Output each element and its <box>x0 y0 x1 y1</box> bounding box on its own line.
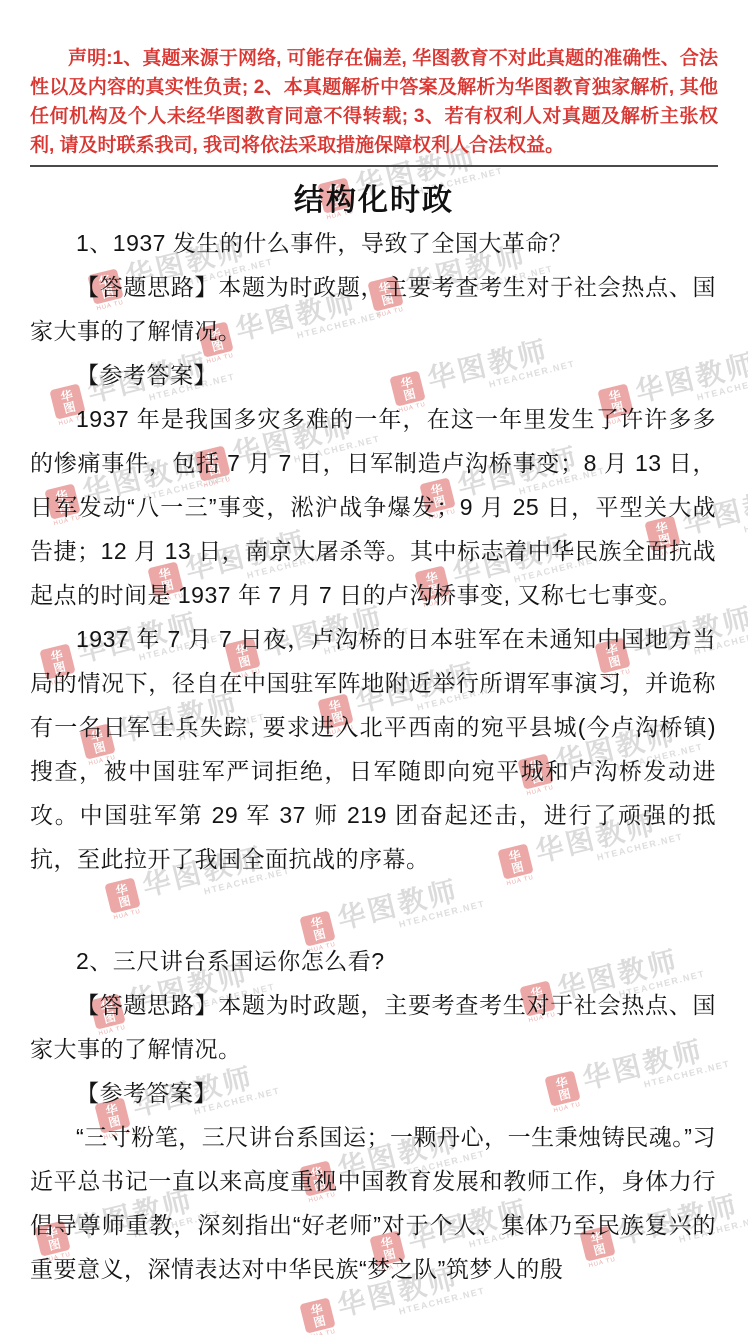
q1-answer-para-2: 1937 年 7 月 7 日夜，卢沟桥的日本驻军在未通知中国地方当局的情况下，径… <box>30 617 716 881</box>
disclaimer-notice: 声明:1、真题来源于网络, 可能存在偏差, 华图教育不对此真题的准确性、合法性以… <box>30 44 718 160</box>
q1-answer-idea: 【答题思路】本题为时政题，主要考查考生对于社会热点、国家大事的了解情况。 <box>30 265 716 353</box>
q1-answer-label: 【参考答案】 <box>30 353 716 397</box>
huatu-logo-icon: 华图HUA TU <box>299 1297 337 1335</box>
document-content: 声明:1、真题来源于网络, 可能存在偏差, 华图教育不对此真题的准确性、合法性以… <box>0 44 748 1291</box>
divider-line <box>30 165 718 167</box>
q2-answer-idea: 【答题思路】本题为时政题，主要考查考生对于社会热点、国家大事的了解情况。 <box>30 983 716 1071</box>
document-page: 华图HUA TU华图教师HTEACHER.NET华图HUA TU华图教师HTEA… <box>0 0 748 1335</box>
question-2-text: 2、三尺讲台系国运你怎么看? <box>30 939 716 983</box>
q1-answer-para-1: 1937 年是我国多灾多难的一年，在这一年里发生了许许多多的惨痛事件，包括 7 … <box>30 397 716 617</box>
q2-answer-para-1: “三寸粉笔，三尺讲台系国运；一颗丹心，一生秉烛铸民魂。”习近平总书记一直以来高度… <box>30 1115 716 1291</box>
q2-answer-label: 【参考答案】 <box>30 1071 716 1115</box>
page-title: 结构化时政 <box>0 175 748 219</box>
question-1-text: 1、1937 发生的什么事件，导致了全国大革命？ <box>30 221 716 265</box>
